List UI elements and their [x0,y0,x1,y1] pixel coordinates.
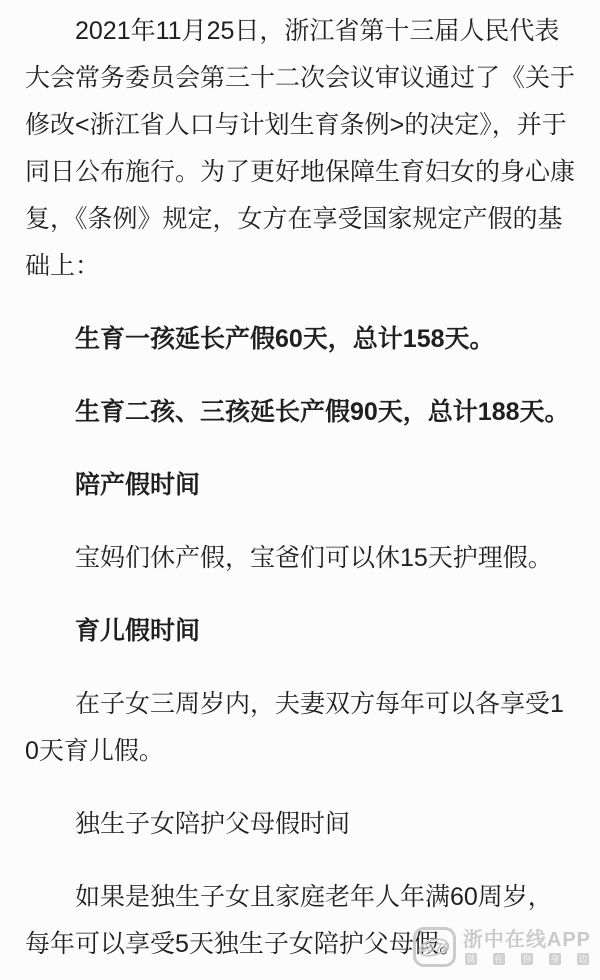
slogan-char: 在 [493,953,505,965]
heading-childcare-leave: 育儿假时间 [25,608,577,655]
paragraph-first-child-leave: 生育一孩延长产假60天，总计158天。 [25,316,577,363]
app-name-label: 浙中在线APP [463,930,591,950]
paragraph-second-third-child-leave: 生育二孩、三孩延长产假90天，总计188天。 [25,389,577,436]
slogan-char: 边 [577,953,589,965]
logo-number-label: 0579 [419,940,451,955]
slogan-char: 就 [465,953,477,965]
paragraph-paternity-leave: 宝妈们休产假，宝爸们可以休15天护理假。 [25,535,577,582]
article-body: 2021年11月25日，浙江省第十三届人民代表大会常务委员会第三十二次会议审议通… [0,0,600,968]
paragraph-intro: 2021年11月25日，浙江省第十三届人民代表大会常务委员会第三十二次会议审议通… [25,8,577,290]
slogan-char: 身 [549,953,561,965]
article-page: { "page": { "background_color": "#fcfcfc… [0,0,600,980]
app-logo-icon: 0579 [413,927,456,967]
heading-paternity-leave: 陪产假时间 [25,462,577,509]
paragraph-childcare-leave: 在子女三周岁内，夫妻双方每年可以各享受10天育儿假。 [25,681,577,775]
app-slogan: 就 在 你 身 边 [463,953,591,965]
watermark-text-block: 浙中在线APP 就 在 你 身 边 [463,930,591,965]
slogan-char: 你 [521,953,533,965]
heading-only-child-care-leave: 独生子女陪护父母假时间 [25,801,577,848]
app-watermark: 0579 浙中在线APP 就 在 你 身 边 [413,927,591,967]
